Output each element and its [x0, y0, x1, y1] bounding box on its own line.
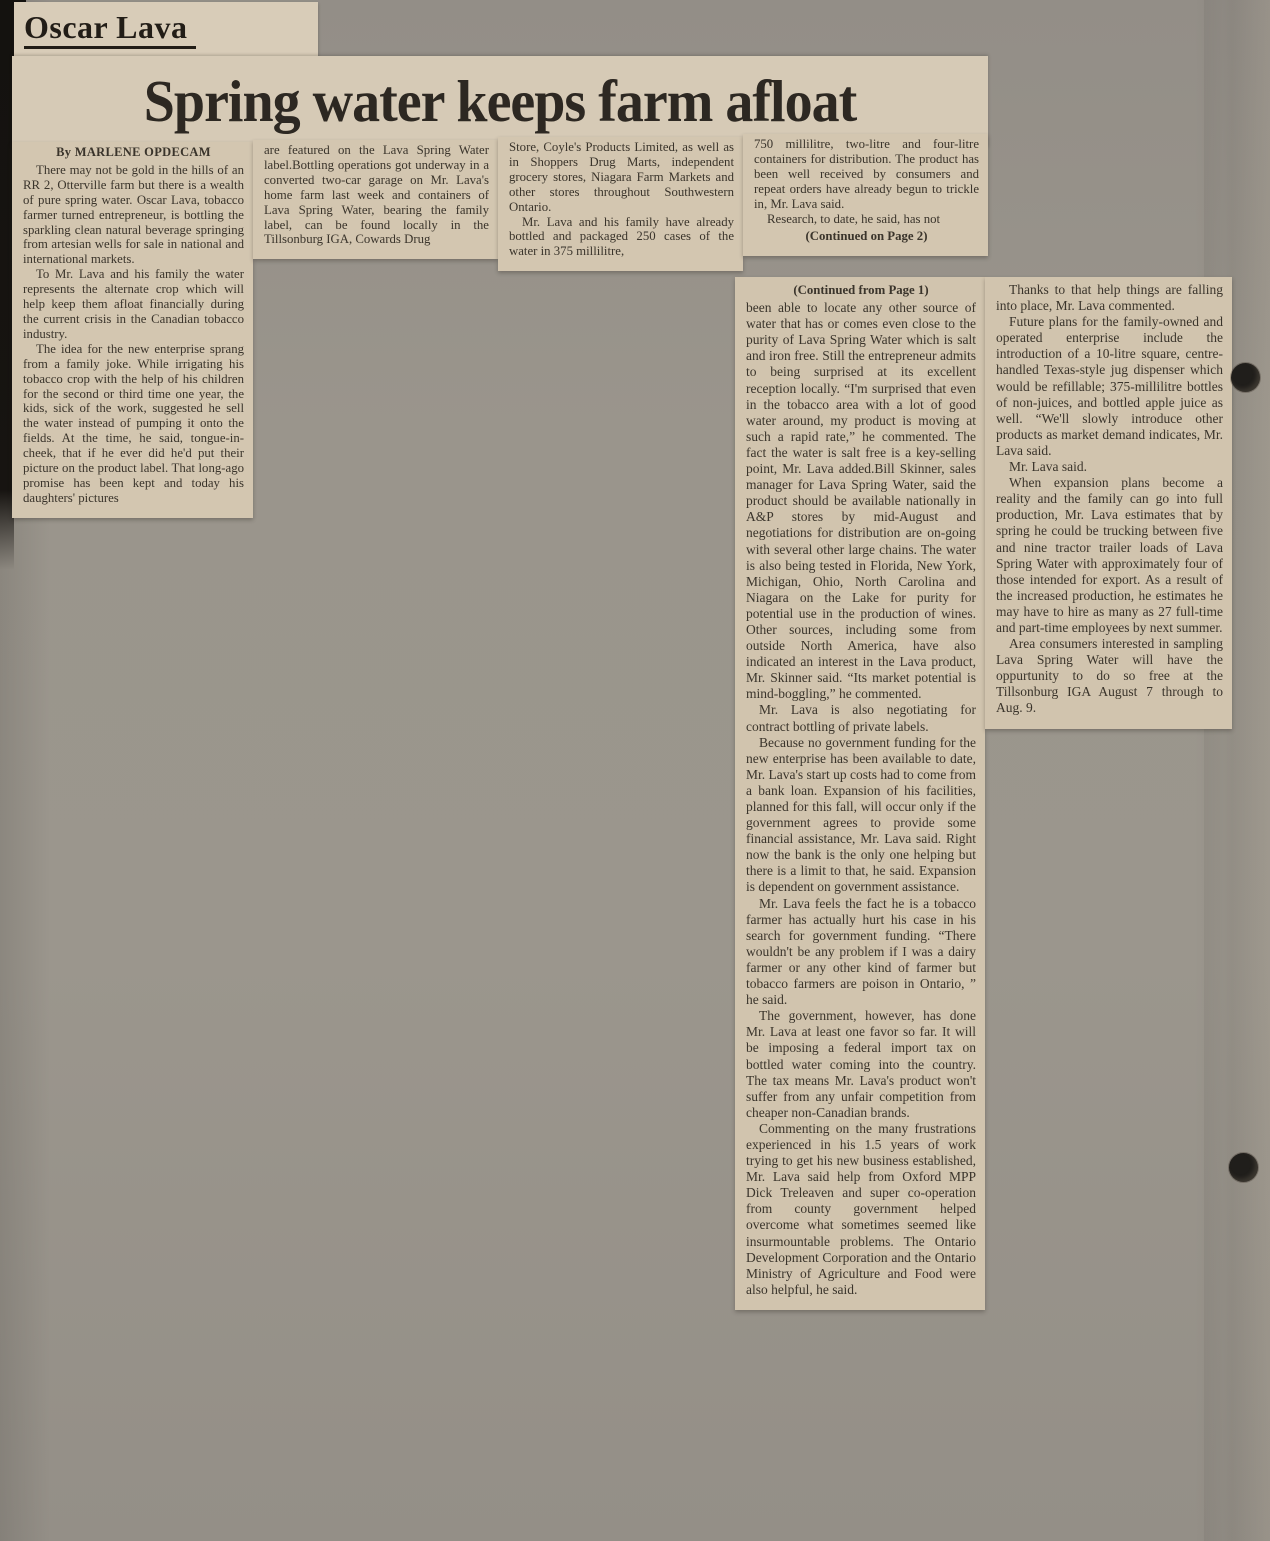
article-headline: Spring water keeps farm afloat	[144, 72, 856, 131]
continued-on-page-2-note: (Continued on Page 2)	[754, 229, 979, 244]
article-paragraph: 750 millilitre, two-litre and four-litre…	[754, 137, 979, 212]
binder-hole-bottom	[1229, 1153, 1258, 1182]
binder-hole-top	[1231, 363, 1260, 392]
column-4-text: 750 millilitre, two-litre and four-litre…	[754, 137, 979, 226]
scrapbook-page: Oscar Lava Spring water keeps farm afloa…	[0, 0, 1270, 1541]
article-paragraph: Commenting on the many frustrations expe…	[746, 1121, 976, 1298]
column-3-text: Store, Coyle's Products Limited, as well…	[509, 140, 734, 259]
page2-column-2-text: Thanks to that help things are falling i…	[996, 282, 1223, 717]
page2-column-1-text: been able to locate any other source of …	[746, 300, 976, 1298]
subject-name-label: Oscar Lava	[24, 11, 196, 49]
article-paragraph: To Mr. Lava and his family the water rep…	[23, 267, 244, 342]
article-paragraph: Store, Coyle's Products Limited, as well…	[509, 140, 734, 215]
article-paragraph: There may not be gold in the hills of an…	[23, 163, 244, 267]
page2-column-2: Thanks to that help things are falling i…	[985, 277, 1232, 729]
article-column-4: 750 millilitre, two-litre and four-litre…	[743, 134, 988, 256]
continued-from-page-1-note: (Continued from Page 1)	[746, 282, 976, 298]
article-paragraph: Because no government funding for the ne…	[746, 735, 976, 896]
article-paragraph: Mr. Lava and his family have already bot…	[509, 215, 734, 260]
column-1-text: There may not be gold in the hills of an…	[23, 163, 244, 506]
article-paragraph: Mr. Lava feels the fact he is a tobacco …	[746, 896, 976, 1009]
article-paragraph: Mr. Lava is also negotiating for contrac…	[746, 702, 976, 734]
article-paragraph: Future plans for the family-owned and op…	[996, 314, 1223, 459]
article-paragraph: The idea for the new enterprise sprang f…	[23, 342, 244, 506]
article-column-2: are featured on the Lava Spring Water la…	[253, 140, 498, 259]
article-paragraph: Thanks to that help things are falling i…	[996, 282, 1223, 314]
article-byline: By MARLENE OPDECAM	[23, 145, 244, 160]
article-column-1: By MARLENE OPDECAM There may not be gold…	[12, 142, 253, 518]
clipping-name-label: Oscar Lava	[14, 2, 318, 58]
page2-column-1: (Continued from Page 1) been able to loc…	[735, 277, 985, 1310]
article-paragraph: Area consumers interested in sampling La…	[996, 636, 1223, 716]
article-column-3: Store, Coyle's Products Limited, as well…	[498, 137, 743, 271]
page-right-edge	[1204, 0, 1270, 1541]
article-paragraph: Research, to date, he said, has not	[754, 212, 979, 227]
article-paragraph: The government, however, has done Mr. La…	[746, 1008, 976, 1121]
column-2-text: are featured on the Lava Spring Water la…	[264, 143, 489, 247]
article-paragraph: When expansion plans become a reality an…	[996, 475, 1223, 636]
article-paragraph: Mr. Lava said.	[996, 459, 1223, 475]
article-paragraph: been able to locate any other source of …	[746, 300, 976, 702]
article-paragraph: are featured on the Lava Spring Water la…	[264, 143, 489, 247]
